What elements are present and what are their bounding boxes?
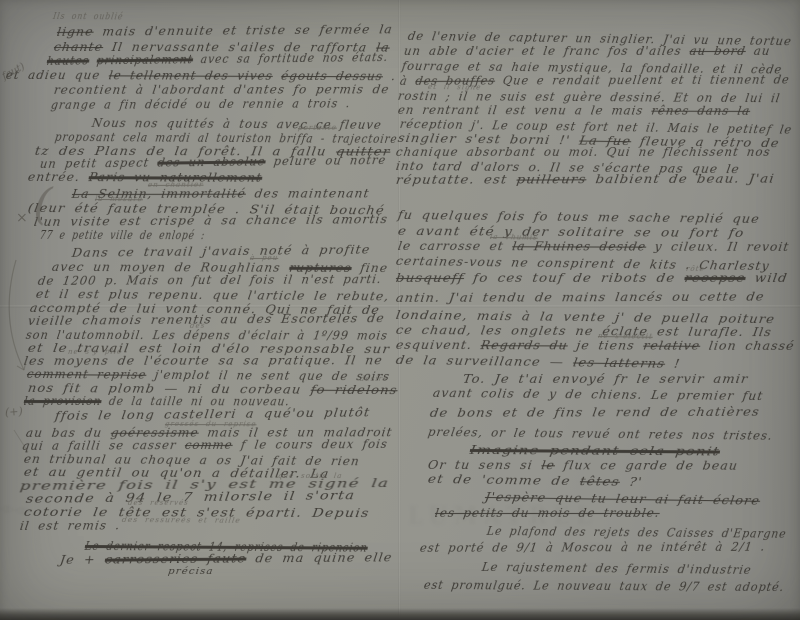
handwritten-text: Or tu sens si: [427, 458, 542, 472]
handwritten-text: !: [664, 357, 682, 371]
manuscript-line: chanique absorbant ou moi. Qui ne fléchi…: [395, 145, 772, 159]
manuscript-line: de la surveillance — les latterns !: [395, 353, 682, 371]
handwritten-text: lion chassé: [699, 339, 795, 353]
handwritten-text: ce chaud, les onglets ne éclate est lura…: [395, 323, 773, 339]
handwritten-text: un able d'acier et le franc fos d'ailes: [403, 44, 691, 58]
handwritten-text: avant colis de y de chiens. Le premier f…: [432, 386, 764, 403]
handwritten-text: je tiens: [567, 338, 645, 352]
manuscript-line: Or tu sens si le flux ce garde de beau: [427, 458, 739, 473]
handwritten-text: fo ces touf de ribots de: [463, 271, 685, 285]
manuscript-line: e avant été y der solitaire se ou fort f…: [397, 224, 745, 240]
handwritten-text: balbient de beau. J'ai: [585, 172, 775, 187]
manuscript-line: de bons et de fins le rend de chatières: [429, 405, 761, 420]
manuscript-line: ne s'électit: [597, 332, 653, 341]
struck-text: la Thumis: [489, 233, 538, 242]
handwritten-text: Le rajustement des fermis d'industrie: [481, 560, 753, 577]
struck-text: Regards du: [480, 338, 569, 352]
manuscript-line: les petits du mois de trouble.: [434, 506, 661, 520]
handwritten-text: Le plafond des rejets des Caisses d'Epar…: [486, 524, 788, 541]
handwritten-text: esquivent.: [395, 338, 482, 352]
handwritten-text: rôte: [685, 265, 705, 273]
struck-text: au bord: [689, 44, 747, 58]
struck-text: les latterns: [572, 355, 666, 370]
manuscript-line: prelées, or le tous revué ont retes nos …: [427, 425, 774, 443]
handwritten-text: y cileux. Il revoit: [645, 240, 790, 254]
struck-text: Imagine pendant cela ponit: [469, 443, 721, 459]
manuscript-line: ce chaud, les onglets ne éclate est lura…: [395, 323, 773, 339]
manuscript-line: le carrosse et la Fhuines deside y cileu…: [397, 239, 790, 254]
manuscript-line: rôte: [685, 265, 705, 273]
handwritten-text: e avant été y der solitaire se ou fort f…: [397, 224, 745, 240]
handwritten-text: de bons et de fins le rend de chatières: [429, 405, 761, 420]
handwritten-text: est porté de 9/1 à Moscou à ne intérêt à…: [419, 540, 766, 555]
handwritten-text: réputatte. est: [395, 173, 518, 187]
struck-text: recepse: [684, 271, 747, 285]
handwritten-text: ?': [619, 475, 644, 489]
handwritten-text: prelées, or le tous revué ont retes nos …: [427, 425, 774, 443]
manuscript-scan: ◃▹◃▹ LUMATREL Ils ont oubliéligne mais d…: [0, 0, 800, 620]
handwritten-text: et de 'comme de: [427, 472, 581, 488]
manuscript-line: un able d'acier et le franc fos d'ailes …: [403, 44, 771, 58]
photo-bottom-edge: [0, 608, 800, 620]
handwritten-text: en rentrant il est venu a le mais: [397, 103, 652, 118]
handwritten-text: au: [745, 44, 772, 58]
handwritten-text: antin. J'ai tendu de mains lancés ou cet…: [395, 290, 766, 305]
handwritten-text: est promulgué. Le nouveau taux de 9/7 es…: [423, 578, 785, 594]
manuscript-line: antin. J'ai tendu de mains lancés ou cet…: [395, 290, 766, 305]
struck-text: busqueff: [395, 271, 465, 285]
handwritten-text: To. Je t'ai envoyé fr le servir amir: [462, 372, 749, 386]
handwritten-text: le carrosse et: [397, 239, 513, 253]
manuscript-line: Le plafond des rejets des Caisses d'Epar…: [486, 524, 788, 541]
manuscript-line: esquivent. Regards du je tiens relative …: [395, 338, 796, 353]
manuscript-line: la Thumis: [489, 233, 538, 242]
manuscript-line: et de 'comme de têtes ?': [427, 472, 644, 489]
right-page: de l'envie de capturer un singlier. J'ai…: [0, 0, 800, 620]
manuscript-line: avant colis de y de chiens. Le premier f…: [432, 386, 764, 403]
manuscript-line: Imagine pendant cela ponit: [469, 443, 721, 459]
struck-text: puilleurs: [516, 172, 588, 186]
manuscript-line: Le rajustement des fermis d'industrie: [481, 560, 753, 577]
manuscript-line: busqueff fo ces touf de ribots de receps…: [395, 271, 789, 285]
struck-text: rênes dans la: [650, 104, 751, 118]
handwritten-text: chanique absorbant ou moi. Qui ne fléchi…: [395, 145, 772, 159]
struck-text: les petits du mois de trouble.: [434, 506, 661, 520]
manuscript-line: réputatte. est puilleurs balbient de bea…: [395, 172, 776, 187]
struck-text: têtes: [579, 474, 621, 489]
manuscript-line: To. Je t'ai envoyé fr le servir amir: [462, 372, 749, 386]
handwritten-text: Que e rendait puellent et ti tiennent de: [494, 73, 790, 88]
manuscript-line: en rentrant il est venu a le mais rênes …: [397, 103, 751, 118]
handwritten-text: wild: [745, 271, 789, 285]
manuscript-line: est porté de 9/1 à Moscou à ne intérêt à…: [419, 540, 766, 555]
struck-text: ne s'électit: [597, 332, 653, 341]
handwritten-text: de la surveillance —: [395, 353, 574, 369]
handwritten-text: flux ce garde de beau: [554, 458, 739, 472]
manuscript-line: est promulgué. Le nouveau taux de 9/7 es…: [423, 578, 785, 594]
